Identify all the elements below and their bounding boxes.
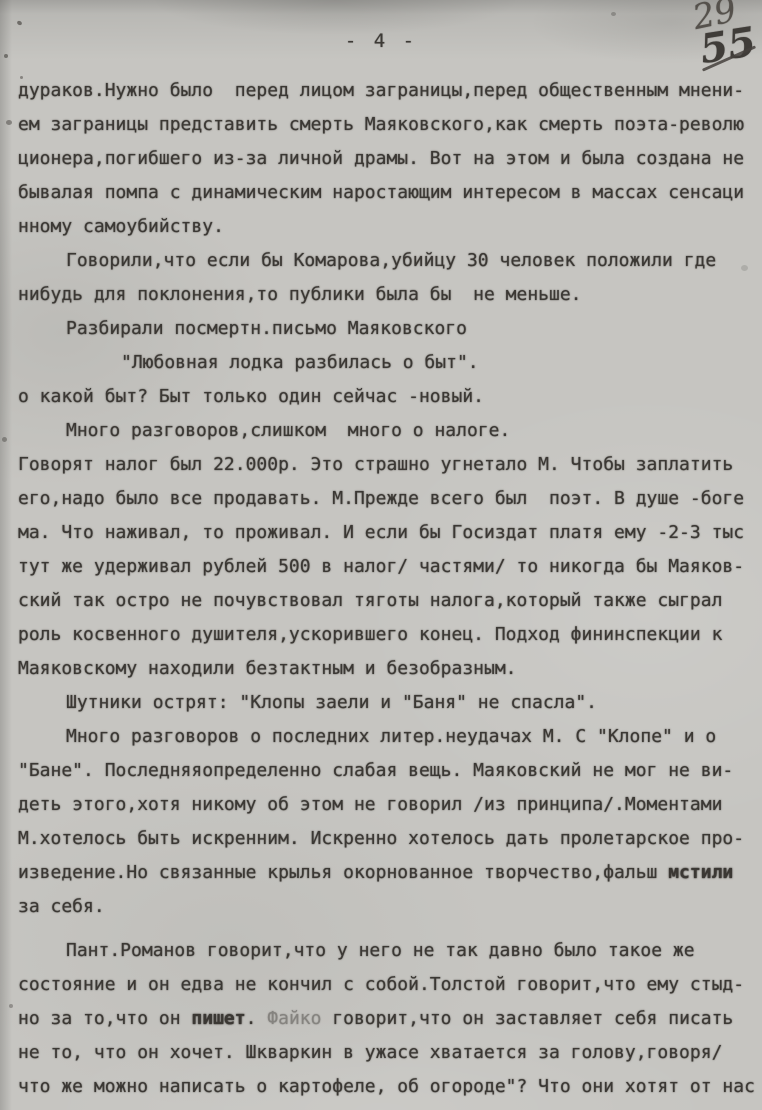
emphasized-word: пишет [191,1008,245,1029]
text-line: Говорят налог был 22.000р. Это страшно у… [18,448,762,482]
text-line: Много разговоров,слишком много о налоге. [18,414,762,448]
text-segment: но за то,что он [18,1008,191,1029]
page-number: - 4 - [0,30,762,52]
text-line: нному самоубийству. [18,210,762,244]
text-line: Маяковскому находили безтактным и безобр… [18,652,762,686]
text-line: роль косвенного душителя,ускорившего кон… [18,618,762,652]
paper-speck [4,54,8,58]
scanned-typewritten-page: 29 55 - 4 - дураков.Нужно было перед лиц… [0,0,762,1110]
paper-speck [611,12,616,16]
text-line: но за то,что он пишет. Файко говорит,что… [18,1002,762,1036]
text-line: Разбирали посмертн.письмо Маяковского [18,312,762,346]
text-segment: говорит,что он заставляет себя писать [321,1008,733,1029]
text-segment: изведение.Но связанные крылья окорнованн… [18,862,668,883]
emphasized-word: мстили [668,862,733,883]
text-line: его,надо было все продавать. М.Прежде вс… [18,482,762,516]
text-line: изведение.Но связанные крылья окорнованн… [18,856,762,890]
paper-speck [9,1004,13,1008]
text-line: ский так остро не почувствовал тяготы на… [18,584,762,618]
text-line: Шутники острят: "Клопы заели и "Баня" не… [18,686,762,720]
text-line: о какой быт? Быт только один сейчас -нов… [18,380,762,414]
text-line: дураков.Нужно было перед лицом заграницы… [18,74,762,108]
text-line: М.хотелось быть искренним. Искренно хоте… [18,822,762,856]
text-line: ем заграницы представить смерть Маяковск… [18,108,762,142]
text-line: не то, что он хочет. Шкваркин в ужасе хв… [18,1036,762,1070]
text-line: что же можно написать о картофеле, об ог… [18,1070,762,1104]
text-line: Говорили,что если бы Комарова,убийцу 30 … [18,244,762,278]
text-line: "Бане". Последняяопределенно слабая вещь… [18,754,762,788]
text-line: бывалая помпа с динамическим наростающим… [18,176,762,210]
document-body: дураков.Нужно было перед лицом заграницы… [18,74,762,1104]
text-segment: . [246,1008,268,1029]
paper-speck [6,120,12,125]
text-line: Много разговоров о последних литер.неуда… [18,720,762,754]
text-line: за себя. [18,890,762,924]
text-line: "Любовная лодка разбилась о быт". [18,346,762,380]
text-line: состояние и он едва не кончил с собой.То… [18,968,762,1002]
emphasized-word: Файко [267,1008,321,1029]
paper-speck [16,20,22,26]
text-line: тут же удерживал рублей 500 в налог/ час… [18,550,762,584]
text-line: ционера,погибшего из-за личной драмы. Во… [18,142,762,176]
text-line: Пант.Романов говорит,что у него не так д… [18,934,762,968]
text-line: деть этого,хотя никому об этом не говори… [18,788,762,822]
text-line: нибудь для поклонения,то публики была бы… [18,278,762,312]
text-line: ма. Что наживал, то проживал. И если бы … [18,516,762,550]
paper-speck [2,437,7,442]
